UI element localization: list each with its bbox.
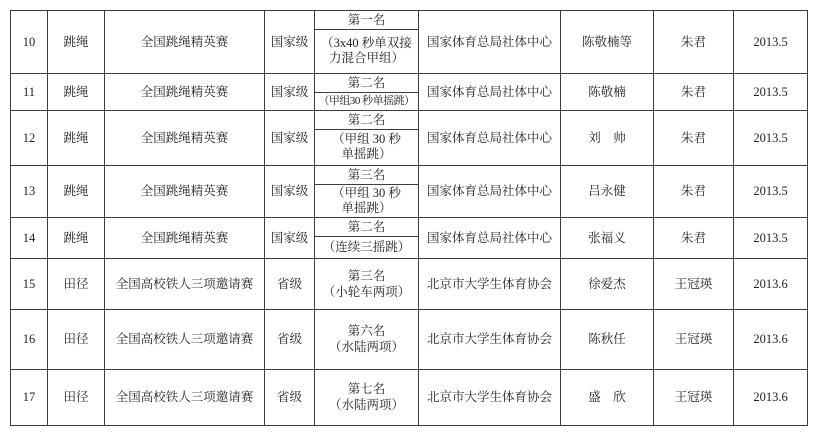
rank-detail-text: （水陆两项） bbox=[329, 398, 404, 413]
placement-rank: 第二名 bbox=[315, 75, 418, 93]
placement-wrap: 第二名 （甲组 30 秒单摇跳） bbox=[315, 112, 418, 164]
date-text: 2013.5 bbox=[753, 184, 787, 198]
sport-text: 跳绳 bbox=[63, 231, 88, 245]
cell-organization: 北京市大学生体育协会 bbox=[419, 370, 561, 426]
cell-organization: 国家体育总局社体中心 bbox=[419, 218, 561, 259]
date-text: 2013.5 bbox=[753, 85, 787, 99]
row-number-text: 17 bbox=[23, 390, 36, 404]
cell-row-number: 15 bbox=[11, 259, 48, 310]
cell-athlete: 陈敬楠等 bbox=[561, 11, 654, 74]
cell-level: 省级 bbox=[265, 259, 315, 310]
table-row: 11 跳绳 全国跳绳精英赛 国家级 第二名 （甲组30 秒单摇跳） 国家体育总局… bbox=[11, 74, 808, 111]
placement-detail: （水陆两项） bbox=[315, 398, 418, 414]
rank-text: 第六名 bbox=[348, 324, 386, 339]
competition-text: 全国高校铁人三项邀请赛 bbox=[116, 390, 254, 404]
cell-coach: 王冠瑛 bbox=[654, 259, 734, 310]
cell-sport: 田径 bbox=[48, 370, 105, 426]
awards-table: 10 跳绳 全国跳绳精英赛 国家级 第一名 （3x40 秒单双接力混合甲组） 国… bbox=[10, 10, 808, 426]
cell-sport: 跳绳 bbox=[48, 111, 105, 166]
placement-rank: 第三名 bbox=[315, 167, 418, 185]
cell-level: 国家级 bbox=[265, 166, 315, 218]
cell-date: 2013.6 bbox=[734, 259, 808, 310]
cell-level: 省级 bbox=[265, 370, 315, 426]
date-text: 2013.5 bbox=[753, 35, 787, 49]
cell-row-number: 12 bbox=[11, 111, 48, 166]
table-row: 10 跳绳 全国跳绳精英赛 国家级 第一名 （3x40 秒单双接力混合甲组） 国… bbox=[11, 11, 808, 74]
coach-text: 朱君 bbox=[681, 231, 706, 245]
cell-athlete: 盛 欣 bbox=[561, 370, 654, 426]
placement-rank: 第三名 bbox=[315, 268, 418, 284]
cell-athlete: 陈敬楠 bbox=[561, 74, 654, 111]
level-text: 国家级 bbox=[271, 131, 309, 145]
cell-date: 2013.5 bbox=[734, 218, 808, 259]
coach-text: 朱君 bbox=[681, 85, 706, 99]
rank-text: 第二名 bbox=[348, 220, 386, 235]
cell-organization: 国家体育总局社体中心 bbox=[419, 11, 561, 74]
cell-placement: 第二名 （甲组 30 秒单摇跳） bbox=[315, 111, 419, 166]
row-number-text: 13 bbox=[23, 184, 36, 198]
coach-text: 王冠瑛 bbox=[675, 390, 713, 404]
cell-organization: 北京市大学生体育协会 bbox=[419, 310, 561, 370]
cell-competition: 全国跳绳精英赛 bbox=[105, 11, 265, 74]
cell-placement: 第二名 （甲组30 秒单摇跳） bbox=[315, 74, 419, 111]
date-text: 2013.6 bbox=[753, 332, 787, 346]
competition-text: 全国跳绳精英赛 bbox=[141, 184, 229, 198]
placement-wrap: 第六名 （水陆两项） bbox=[315, 311, 418, 368]
coach-text: 王冠瑛 bbox=[675, 332, 713, 346]
athlete-text: 张福义 bbox=[588, 231, 626, 245]
cell-athlete: 张福义 bbox=[561, 218, 654, 259]
organization-text: 国家体育总局社体中心 bbox=[427, 131, 552, 145]
cell-organization: 北京市大学生体育协会 bbox=[419, 259, 561, 310]
rank-text: 第七名 bbox=[348, 382, 386, 397]
cell-athlete: 陈秋任 bbox=[561, 310, 654, 370]
table-row: 13 跳绳 全国跳绳精英赛 国家级 第三名 （甲组 30 秒单摇跳） 国家体育总… bbox=[11, 166, 808, 218]
level-text: 国家级 bbox=[271, 35, 309, 49]
rank-detail-text: （甲组30 秒单摇跳） bbox=[318, 94, 414, 109]
sport-text: 跳绳 bbox=[63, 85, 88, 99]
cell-sport: 田径 bbox=[48, 310, 105, 370]
table-row: 15 田径 全国高校铁人三项邀请赛 省级 第三名 （小轮车两项） 北京市大学生体… bbox=[11, 259, 808, 310]
placement-detail: （小轮车两项） bbox=[315, 284, 418, 300]
cell-coach: 朱君 bbox=[654, 74, 734, 111]
cell-coach: 朱君 bbox=[654, 111, 734, 166]
cell-date: 2013.5 bbox=[734, 74, 808, 111]
cell-row-number: 16 bbox=[11, 310, 48, 370]
cell-level: 省级 bbox=[265, 310, 315, 370]
rank-detail-text: （3x40 秒单双接力混合甲组） bbox=[317, 36, 416, 66]
date-text: 2013.6 bbox=[753, 277, 787, 291]
competition-text: 全国高校铁人三项邀请赛 bbox=[116, 332, 254, 346]
table-row: 12 跳绳 全国跳绳精英赛 国家级 第二名 （甲组 30 秒单摇跳） 国家体育总… bbox=[11, 111, 808, 166]
cell-sport: 跳绳 bbox=[48, 218, 105, 259]
athlete-text: 陈敬楠等 bbox=[582, 35, 632, 49]
date-text: 2013.6 bbox=[753, 390, 787, 404]
date-text: 2013.5 bbox=[753, 231, 787, 245]
level-text: 国家级 bbox=[271, 85, 309, 99]
cell-level: 国家级 bbox=[265, 11, 315, 74]
athlete-text: 盛 欣 bbox=[588, 390, 626, 404]
rank-detail-text: （甲组 30 秒单摇跳） bbox=[329, 132, 404, 162]
placement-detail: （甲组 30 秒单摇跳） bbox=[315, 185, 418, 216]
organization-text: 北京市大学生体育协会 bbox=[427, 332, 552, 346]
cell-sport: 跳绳 bbox=[48, 11, 105, 74]
organization-text: 北京市大学生体育协会 bbox=[427, 390, 552, 404]
cell-row-number: 13 bbox=[11, 166, 48, 218]
sport-text: 田径 bbox=[63, 390, 88, 404]
cell-level: 国家级 bbox=[265, 74, 315, 111]
rank-text: 第三名 bbox=[348, 168, 386, 183]
cell-competition: 全国跳绳精英赛 bbox=[105, 218, 265, 259]
coach-text: 朱君 bbox=[681, 35, 706, 49]
cell-competition: 全国跳绳精英赛 bbox=[105, 74, 265, 111]
cell-athlete: 吕永健 bbox=[561, 166, 654, 218]
table-row: 17 田径 全国高校铁人三项邀请赛 省级 第七名 （水陆两项） 北京市大学生体育… bbox=[11, 370, 808, 426]
placement-wrap: 第三名 （甲组 30 秒单摇跳） bbox=[315, 167, 418, 216]
cell-row-number: 10 bbox=[11, 11, 48, 74]
cell-placement: 第三名 （小轮车两项） bbox=[315, 259, 419, 310]
cell-placement: 第二名 （连续三摇跳） bbox=[315, 218, 419, 259]
placement-detail: （3x40 秒单双接力混合甲组） bbox=[315, 30, 418, 72]
sport-text: 跳绳 bbox=[63, 184, 88, 198]
level-text: 国家级 bbox=[271, 231, 309, 245]
cell-organization: 国家体育总局社体中心 bbox=[419, 111, 561, 166]
cell-coach: 王冠瑛 bbox=[654, 310, 734, 370]
organization-text: 国家体育总局社体中心 bbox=[427, 184, 552, 198]
cell-coach: 朱君 bbox=[654, 218, 734, 259]
cell-competition: 全国高校铁人三项邀请赛 bbox=[105, 370, 265, 426]
awards-table-body: 10 跳绳 全国跳绳精英赛 国家级 第一名 （3x40 秒单双接力混合甲组） 国… bbox=[11, 11, 808, 426]
organization-text: 国家体育总局社体中心 bbox=[427, 85, 552, 99]
cell-coach: 朱君 bbox=[654, 11, 734, 74]
competition-text: 全国跳绳精英赛 bbox=[141, 131, 229, 145]
cell-organization: 国家体育总局社体中心 bbox=[419, 166, 561, 218]
placement-rank: 第七名 bbox=[315, 382, 418, 398]
cell-athlete: 刘 帅 bbox=[561, 111, 654, 166]
level-text: 国家级 bbox=[271, 184, 309, 198]
rank-detail-text: （甲组 30 秒单摇跳） bbox=[329, 186, 404, 216]
row-number-text: 14 bbox=[23, 231, 36, 245]
table-row: 16 田径 全国高校铁人三项邀请赛 省级 第六名 （水陆两项） 北京市大学生体育… bbox=[11, 310, 808, 370]
athlete-text: 刘 帅 bbox=[588, 131, 626, 145]
cell-sport: 跳绳 bbox=[48, 166, 105, 218]
cell-organization: 国家体育总局社体中心 bbox=[419, 74, 561, 111]
placement-detail: （连续三摇跳） bbox=[315, 237, 418, 257]
cell-row-number: 17 bbox=[11, 370, 48, 426]
cell-date: 2013.6 bbox=[734, 370, 808, 426]
placement-rank: 第六名 bbox=[315, 324, 418, 340]
row-number-text: 15 bbox=[23, 277, 36, 291]
rank-detail-text: （小轮车两项） bbox=[323, 285, 411, 300]
athlete-text: 徐爱杰 bbox=[588, 277, 626, 291]
date-text: 2013.5 bbox=[753, 131, 787, 145]
cell-date: 2013.5 bbox=[734, 11, 808, 74]
organization-text: 国家体育总局社体中心 bbox=[427, 231, 552, 245]
cell-athlete: 徐爱杰 bbox=[561, 259, 654, 310]
level-text: 省级 bbox=[277, 390, 302, 404]
row-number-text: 11 bbox=[23, 85, 35, 99]
competition-text: 全国跳绳精英赛 bbox=[141, 35, 229, 49]
level-text: 省级 bbox=[277, 332, 302, 346]
coach-text: 朱君 bbox=[681, 131, 706, 145]
cell-date: 2013.5 bbox=[734, 166, 808, 218]
table-row: 14 跳绳 全国跳绳精英赛 国家级 第二名 （连续三摇跳） 国家体育总局社体中心… bbox=[11, 218, 808, 259]
cell-sport: 田径 bbox=[48, 259, 105, 310]
rank-detail-text: （水陆两项） bbox=[329, 340, 404, 355]
athlete-text: 陈敬楠 bbox=[588, 85, 626, 99]
cell-competition: 全国跳绳精英赛 bbox=[105, 166, 265, 218]
cell-level: 国家级 bbox=[265, 111, 315, 166]
competition-text: 全国跳绳精英赛 bbox=[141, 231, 229, 245]
cell-sport: 跳绳 bbox=[48, 74, 105, 111]
placement-rank: 第二名 bbox=[315, 112, 418, 130]
athlete-text: 吕永健 bbox=[588, 184, 626, 198]
organization-text: 国家体育总局社体中心 bbox=[427, 35, 552, 49]
row-number-text: 16 bbox=[23, 332, 36, 346]
placement-wrap: 第二名 （连续三摇跳） bbox=[315, 219, 418, 257]
cell-level: 国家级 bbox=[265, 218, 315, 259]
placement-detail: （甲组30 秒单摇跳） bbox=[315, 93, 418, 109]
cell-date: 2013.5 bbox=[734, 111, 808, 166]
cell-competition: 全国跳绳精英赛 bbox=[105, 111, 265, 166]
athlete-text: 陈秋任 bbox=[588, 332, 626, 346]
rank-text: 第一名 bbox=[348, 13, 386, 28]
placement-rank: 第二名 bbox=[315, 219, 418, 237]
cell-coach: 朱君 bbox=[654, 166, 734, 218]
cell-competition: 全国高校铁人三项邀请赛 bbox=[105, 259, 265, 310]
cell-placement: 第六名 （水陆两项） bbox=[315, 310, 419, 370]
competition-text: 全国高校铁人三项邀请赛 bbox=[116, 277, 254, 291]
cell-row-number: 14 bbox=[11, 218, 48, 259]
coach-text: 王冠瑛 bbox=[675, 277, 713, 291]
placement-rank: 第一名 bbox=[315, 12, 418, 30]
cell-row-number: 11 bbox=[11, 74, 48, 111]
rank-text: 第三名 bbox=[348, 269, 386, 284]
cell-placement: 第三名 （甲组 30 秒单摇跳） bbox=[315, 166, 419, 218]
rank-text: 第二名 bbox=[348, 113, 386, 128]
organization-text: 北京市大学生体育协会 bbox=[427, 277, 552, 291]
row-number-text: 10 bbox=[23, 35, 36, 49]
placement-detail: （水陆两项） bbox=[315, 340, 418, 356]
cell-date: 2013.6 bbox=[734, 310, 808, 370]
sport-text: 田径 bbox=[63, 277, 88, 291]
sport-text: 田径 bbox=[63, 332, 88, 346]
rank-text: 第二名 bbox=[348, 76, 386, 91]
placement-wrap: 第一名 （3x40 秒单双接力混合甲组） bbox=[315, 12, 418, 72]
coach-text: 朱君 bbox=[681, 184, 706, 198]
placement-wrap: 第二名 （甲组30 秒单摇跳） bbox=[315, 75, 418, 109]
placement-detail: （甲组 30 秒单摇跳） bbox=[315, 130, 418, 164]
level-text: 省级 bbox=[277, 277, 302, 291]
placement-wrap: 第三名 （小轮车两项） bbox=[315, 260, 418, 308]
cell-placement: 第一名 （3x40 秒单双接力混合甲组） bbox=[315, 11, 419, 74]
rank-detail-text: （连续三摇跳） bbox=[323, 240, 411, 255]
row-number-text: 12 bbox=[23, 131, 36, 145]
cell-placement: 第七名 （水陆两项） bbox=[315, 370, 419, 426]
cell-competition: 全国高校铁人三项邀请赛 bbox=[105, 310, 265, 370]
document-page: 10 跳绳 全国跳绳精英赛 国家级 第一名 （3x40 秒单双接力混合甲组） 国… bbox=[0, 0, 820, 432]
competition-text: 全国跳绳精英赛 bbox=[141, 85, 229, 99]
sport-text: 跳绳 bbox=[63, 131, 88, 145]
cell-coach: 王冠瑛 bbox=[654, 370, 734, 426]
sport-text: 跳绳 bbox=[63, 35, 88, 49]
placement-wrap: 第七名 （水陆两项） bbox=[315, 371, 418, 424]
